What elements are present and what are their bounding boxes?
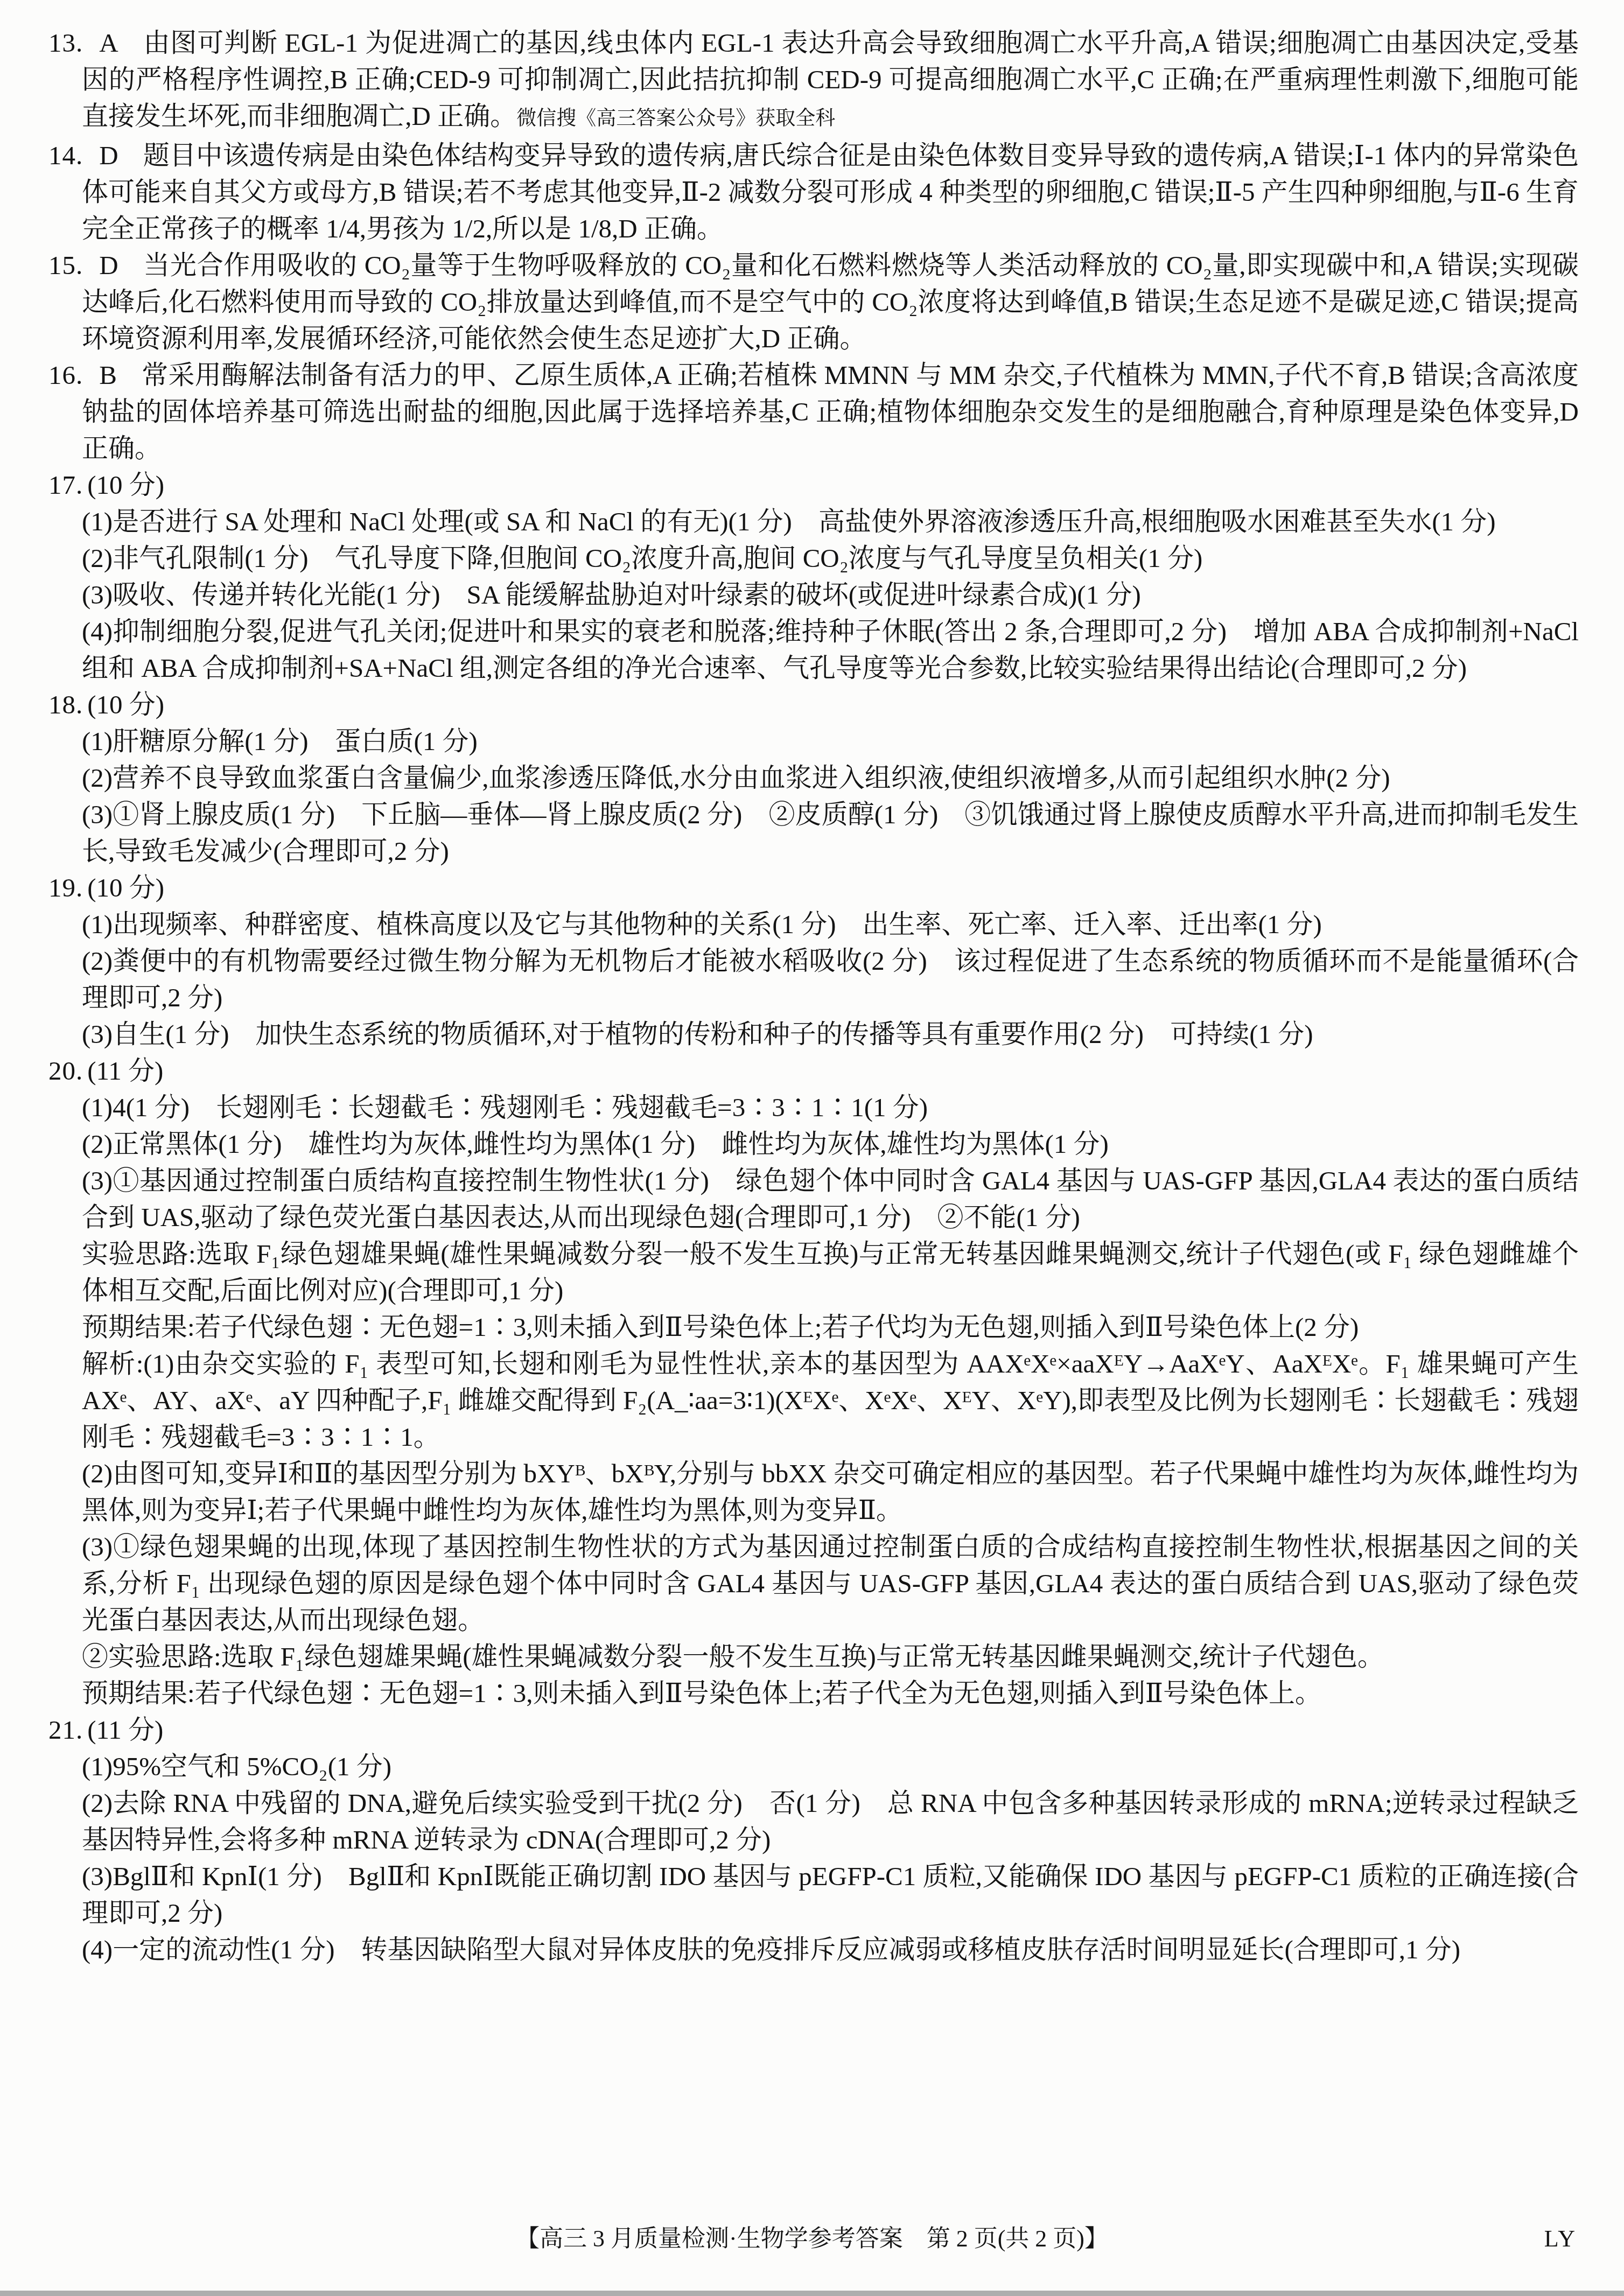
item-16: 16.B常采用酶解法制备有活力的甲、乙原生质体,A 正确;若植株 MMNN 与 … [48, 357, 1579, 467]
item-18-part-3: (3)①肾上腺皮质(1 分) 下丘脑—垂体—肾上腺皮质(2 分) ②皮质醇(1 … [82, 796, 1579, 870]
item-18-part-2: (2)营养不良导致血浆蛋白含量偏少,血浆渗透压降低,水分由血浆进入组织液,使组织… [82, 760, 1579, 796]
item-21: 21.(11 分) (1)95%空气和 5%CO₂(1 分) (2)去除 RNA… [48, 1712, 1579, 1968]
item-17-part-2: (2)非气孔限制(1 分) 气孔导度下降,但胞间 CO₂浓度升高,胞间 CO₂浓… [82, 540, 1579, 577]
item-20-header: 20.(11 分) [48, 1053, 1579, 1089]
item-15-number: 15. [48, 250, 83, 280]
item-20-analysis-plan: ②实验思路:选取 F₁绿色翅雄果蝇(雄性果蝇减数分裂一般不发生互换)与正常无转基… [82, 1639, 1579, 1675]
item-19-part-3: (3)自生(1 分) 加快生态系统的物质循环,对于植物的传粉和种子的传播等具有重… [82, 1016, 1579, 1053]
item-20-part-1: (1)4(1 分) 长翅刚毛∶长翅截毛∶残翅刚毛∶残翅截毛=3∶3∶1∶1(1 … [82, 1089, 1579, 1126]
item-20-expected-result: 预期结果:若子代绿色翅∶无色翅=1∶3,则未插入到Ⅱ号染色体上;若子代均为无色翅… [82, 1309, 1579, 1346]
footer-caption: 【高三 3 月质量检测·生物学参考答案 第 2 页(共 2 页)】 [516, 2225, 1108, 2252]
item-18-header: 18.(10 分) [48, 687, 1579, 723]
item-21-number: 21. [48, 1715, 83, 1745]
item-17-part-1: (1)是否进行 SA 处理和 NaCl 处理(或 SA 和 NaCl 的有无)(… [82, 503, 1579, 540]
answer-sheet-page: 13.A由图可判断 EGL-1 为促进凋亡的基因,线虫体内 EGL-1 表达升高… [0, 25, 1624, 1968]
item-20-analysis-result: 预期结果:若子代绿色翅∶无色翅=1∶3,则未插入到Ⅱ号染色体上;若子代全为无色翅… [82, 1675, 1579, 1712]
item-13-number: 13. [48, 28, 83, 58]
item-14-answer: D [99, 141, 118, 170]
page-footer: 【高三 3 月质量检测·生物学参考答案 第 2 页(共 2 页)】 LY [0, 2223, 1624, 2255]
footer-code: LY [1544, 2223, 1577, 2255]
item-18: 18.(10 分) (1)肝糖原分解(1 分) 蛋白质(1 分) (2)营养不良… [48, 687, 1579, 870]
item-16-answer: B [99, 360, 117, 390]
item-17-part-3: (3)吸收、传递并转化光能(1 分) SA 能缓解盐胁迫对叶绿素的破坏(或促进叶… [82, 577, 1579, 613]
item-20-experiment-plan: 实验思路:选取 F₁绿色翅雄果蝇(雄性果蝇减数分裂一般不发生互换)与正常无转基因… [82, 1236, 1579, 1309]
item-17-score: (10 分) [87, 470, 164, 500]
item-21-part-4: (4)一定的流动性(1 分) 转基因缺陷型大鼠对异体皮肤的免疫排斥反应减弱或移植… [82, 1931, 1579, 1968]
item-20-analysis-2: (2)由图可知,变异Ⅰ和Ⅱ的基因型分别为 bXYᴮ、bXᴮY,分别与 bbXX … [82, 1455, 1579, 1529]
item-20-part-2: (2)正常黑体(1 分) 雄性均为灰体,雌性均为黑体(1 分) 雌性均为灰体,雄… [82, 1126, 1579, 1163]
item-13-answer: A [99, 28, 118, 58]
item-14-text: 题目中该遗传病是由染色体结构变异导致的遗传病,唐氏综合征是由染色体数目变异导致的… [82, 141, 1579, 243]
item-19-part-1: (1)出现频率、种群密度、植株高度以及它与其他物种的关系(1 分) 出生率、死亡… [82, 906, 1579, 943]
item-21-part-1: (1)95%空气和 5%CO₂(1 分) [82, 1748, 1579, 1785]
item-20-score: (11 分) [87, 1056, 163, 1086]
watermark-text: 微信搜《高三答案公众号》获取全科 [516, 108, 835, 130]
item-20-analysis-3: (3)①绿色翅果蝇的出现,体现了基因控制生物性状的方式为基因通过控制蛋白质的合成… [82, 1529, 1579, 1639]
item-15-answer: D [99, 250, 118, 280]
item-15-text: 当光合作用吸收的 CO₂量等于生物呼吸释放的 CO₂量和化石燃料燃烧等人类活动释… [82, 250, 1579, 353]
item-17-header: 17.(10 分) [48, 467, 1579, 503]
item-14-number: 14. [48, 141, 83, 170]
item-21-part-2: (2)去除 RNA 中残留的 DNA,避免后续实验受到干扰(2 分) 否(1 分… [82, 1785, 1579, 1858]
item-16-number: 16. [48, 360, 83, 390]
item-16-text: 常采用酶解法制备有活力的甲、乙原生质体,A 正确;若植株 MMNN 与 MM 杂… [82, 360, 1579, 463]
item-20-part-3: (3)①基因通过控制蛋白质结构直接控制生物性状(1 分) 绿色翅个体中同时含 G… [82, 1163, 1579, 1236]
item-20-number: 20. [48, 1056, 83, 1086]
item-17-part-4: (4)抑制细胞分裂,促进气孔关闭;促进叶和果实的衰老和脱落;维持种子休眠(答出 … [82, 613, 1579, 687]
item-19-part-2: (2)粪便中的有机物需要经过微生物分解为无机物后才能被水稻吸收(2 分) 该过程… [82, 943, 1579, 1016]
item-18-score: (10 分) [87, 690, 164, 719]
item-20: 20.(11 分) (1)4(1 分) 长翅刚毛∶长翅截毛∶残翅刚毛∶残翅截毛=… [48, 1053, 1579, 1712]
item-14: 14.D题目中该遗传病是由染色体结构变异导致的遗传病,唐氏综合征是由染色体数目变… [48, 137, 1579, 247]
item-20-analysis-1: 解析:(1)由杂交实验的 F₁ 表型可知,长翅和刚毛为显性性状,亲本的基因型为 … [82, 1346, 1579, 1455]
item-17-number: 17. [48, 470, 83, 500]
item-18-part-1: (1)肝糖原分解(1 分) 蛋白质(1 分) [82, 723, 1579, 760]
item-19-header: 19.(10 分) [48, 870, 1579, 906]
item-21-score: (11 分) [87, 1715, 163, 1745]
item-19: 19.(10 分) (1)出现频率、种群密度、植株高度以及它与其他物种的关系(1… [48, 870, 1579, 1053]
scan-bottom-edge [0, 2291, 1624, 2296]
item-18-number: 18. [48, 690, 83, 719]
item-21-part-3: (3)BglⅡ和 KpnⅠ(1 分) BglⅡ和 KpnⅠ既能正确切割 IDO … [82, 1858, 1579, 1931]
item-19-score: (10 分) [87, 873, 164, 902]
item-13: 13.A由图可判断 EGL-1 为促进凋亡的基因,线虫体内 EGL-1 表达升高… [48, 25, 1579, 137]
item-17: 17.(10 分) (1)是否进行 SA 处理和 NaCl 处理(或 SA 和 … [48, 467, 1579, 687]
item-15: 15.D当光合作用吸收的 CO₂量等于生物呼吸释放的 CO₂量和化石燃料燃烧等人… [48, 247, 1579, 357]
item-19-number: 19. [48, 873, 83, 902]
item-21-header: 21.(11 分) [48, 1712, 1579, 1748]
